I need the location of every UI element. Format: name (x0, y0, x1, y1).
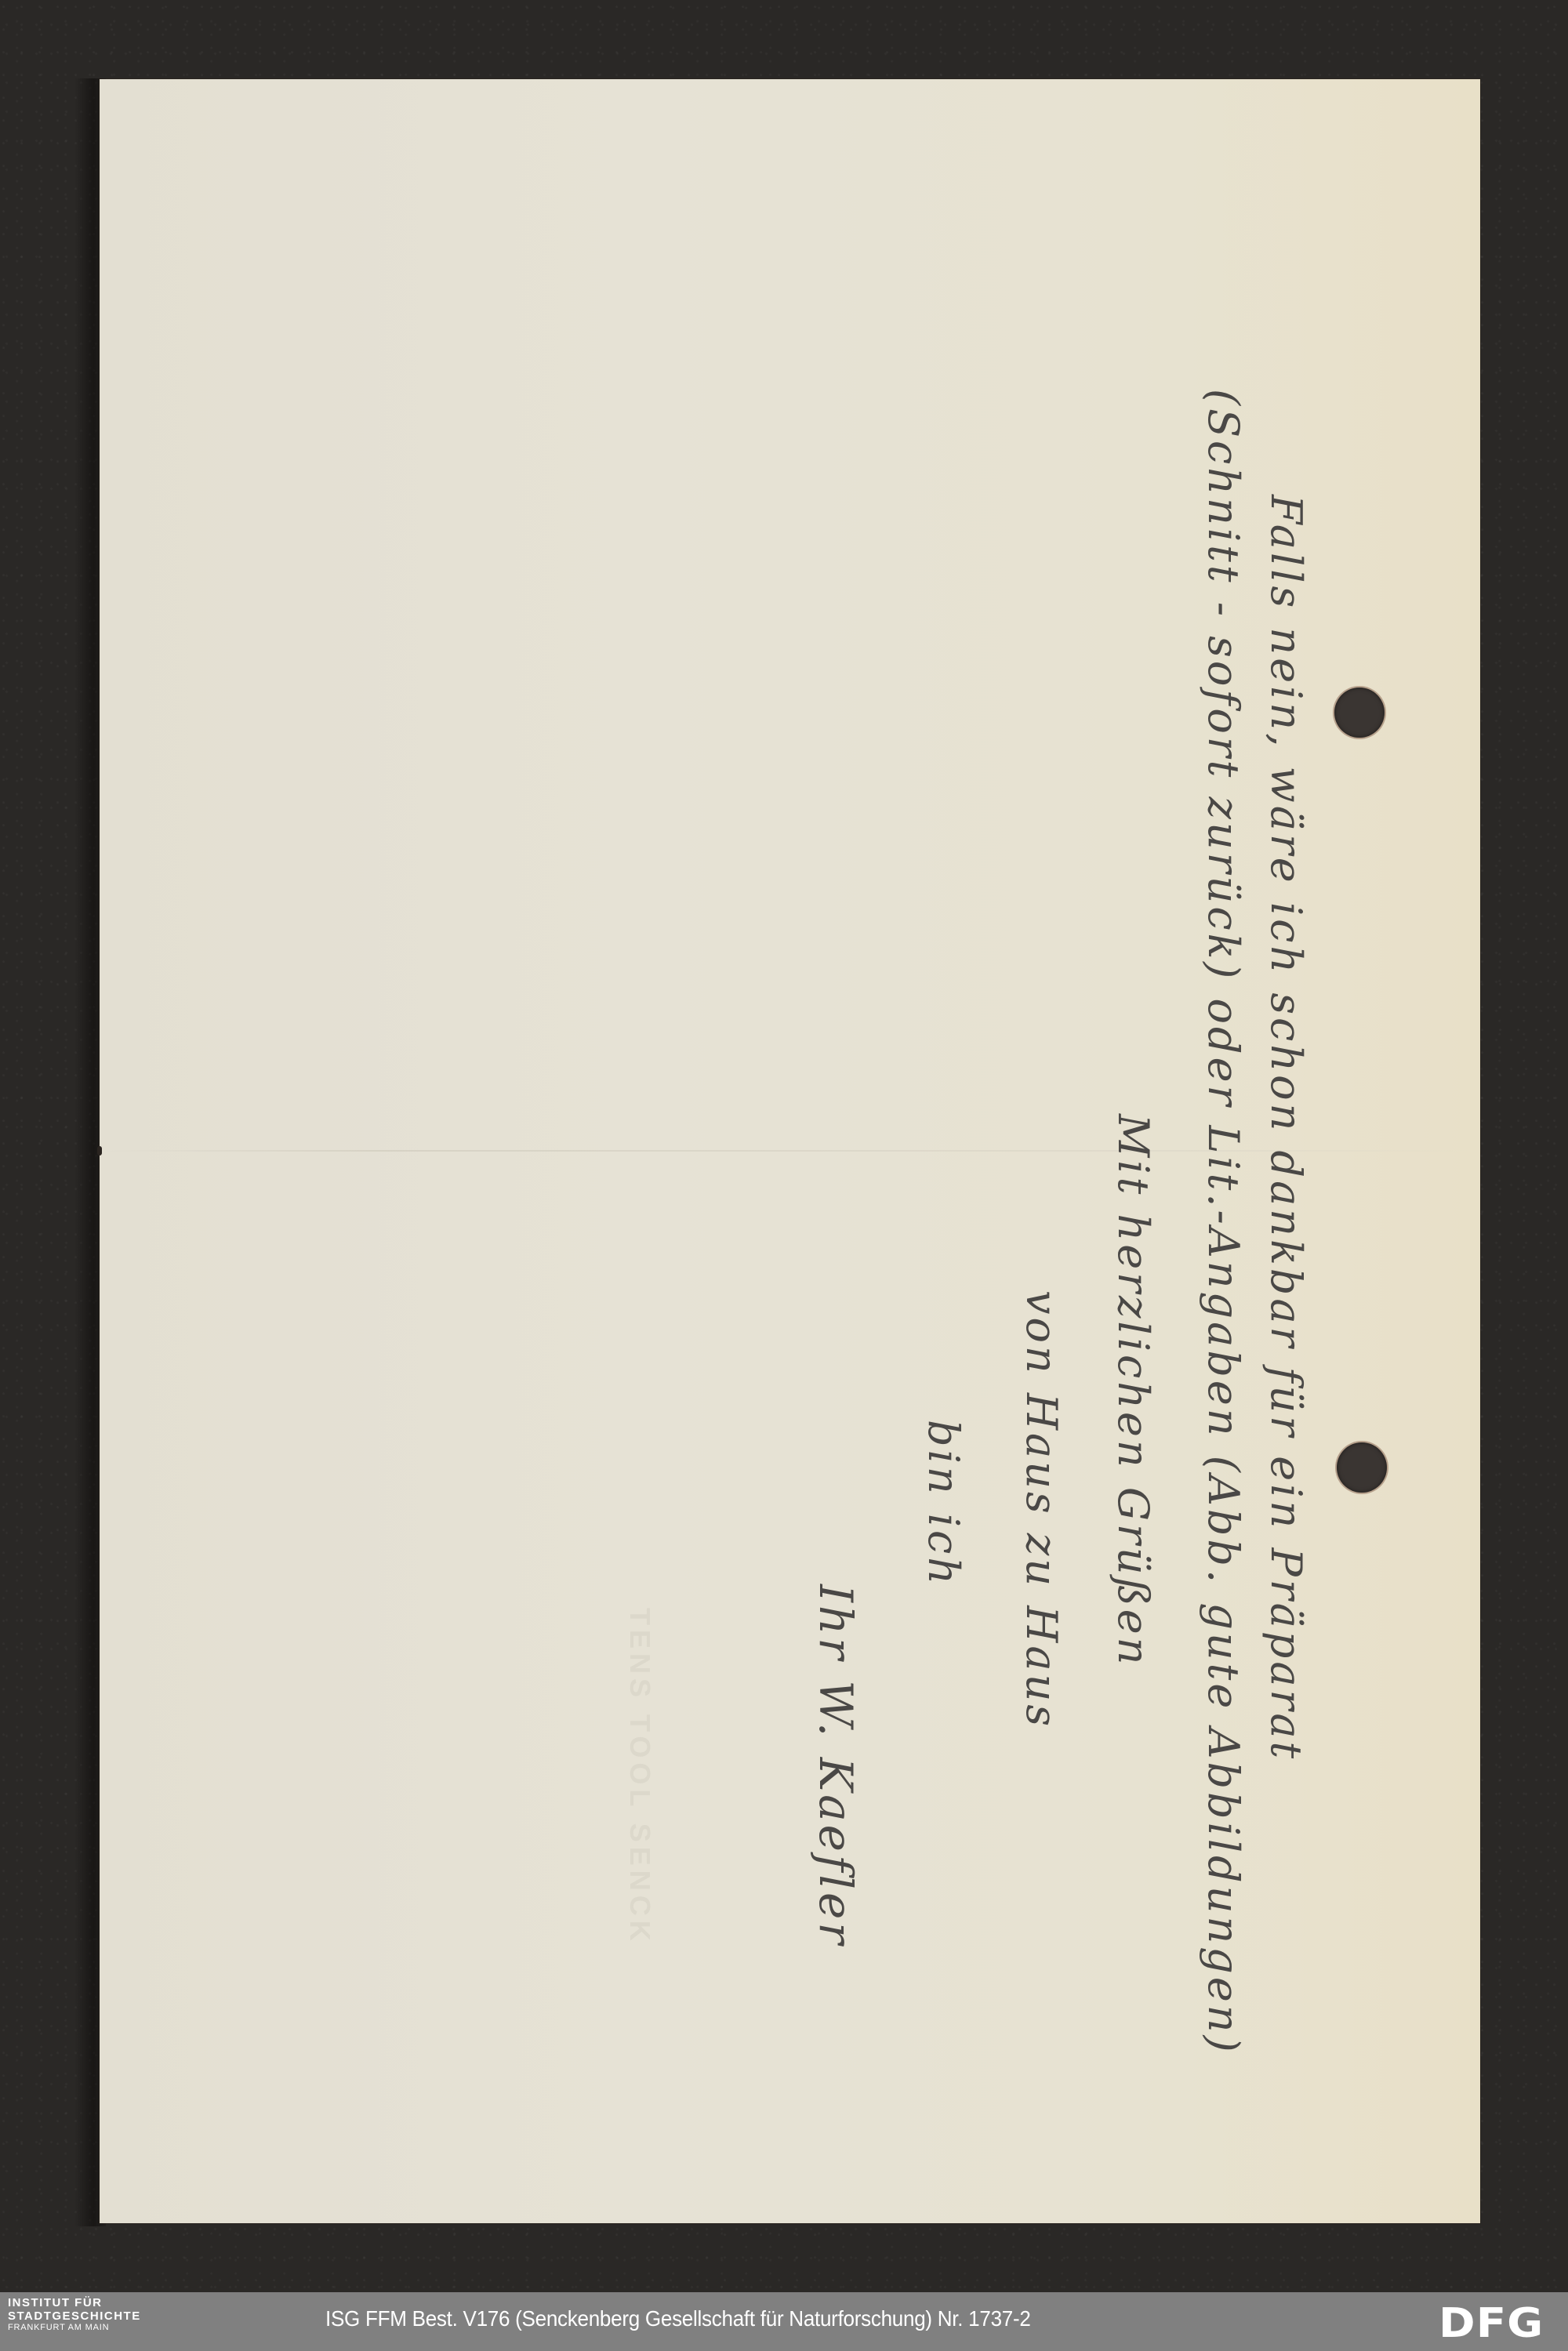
dfg-logo: DFG (1439, 2303, 1544, 2344)
fold-notch (97, 1146, 102, 1156)
handwritten-line-4: von Haus zu Haus (1020, 1290, 1062, 1729)
handwritten-line-3: Mit herzlichen Grüßen (1112, 1114, 1154, 1667)
institution-logo: INSTITUT FÜR STADTGESCHICHTE FRANKFURT A… (8, 2297, 141, 2332)
signature: Ihr W. Kaefler (813, 1584, 858, 1947)
archive-signature-caption: ISG FFM Best. V176 (Senckenberg Gesellsc… (325, 2306, 1031, 2331)
show-through-text: TENS TOOL SENCK (623, 1608, 656, 1946)
handwritten-line-2: (Schnitt - sofort zurück) oder Lit.-Anga… (1202, 389, 1244, 2055)
punch-hole-top (1334, 688, 1385, 738)
scan-area: TENS TOOL SENCK Falls nein, wäre ich sch… (0, 0, 1568, 2292)
letter-page: TENS TOOL SENCK Falls nein, wäre ich sch… (100, 79, 1480, 2223)
institution-name-line1: INSTITUT FÜR (8, 2297, 141, 2309)
institution-name-line2: STADTGESCHICHTE (8, 2310, 141, 2322)
archive-footer-bar: INSTITUT FÜR STADTGESCHICHTE FRANKFURT A… (0, 2292, 1568, 2351)
punch-hole-bottom (1337, 1442, 1387, 1493)
institution-location: FRANKFURT AM MAIN (8, 2324, 141, 2332)
handwritten-line-1: Falls nein, wäre ich schon dankbar für e… (1265, 495, 1307, 1761)
handwritten-line-5: bin ich (922, 1420, 964, 1587)
